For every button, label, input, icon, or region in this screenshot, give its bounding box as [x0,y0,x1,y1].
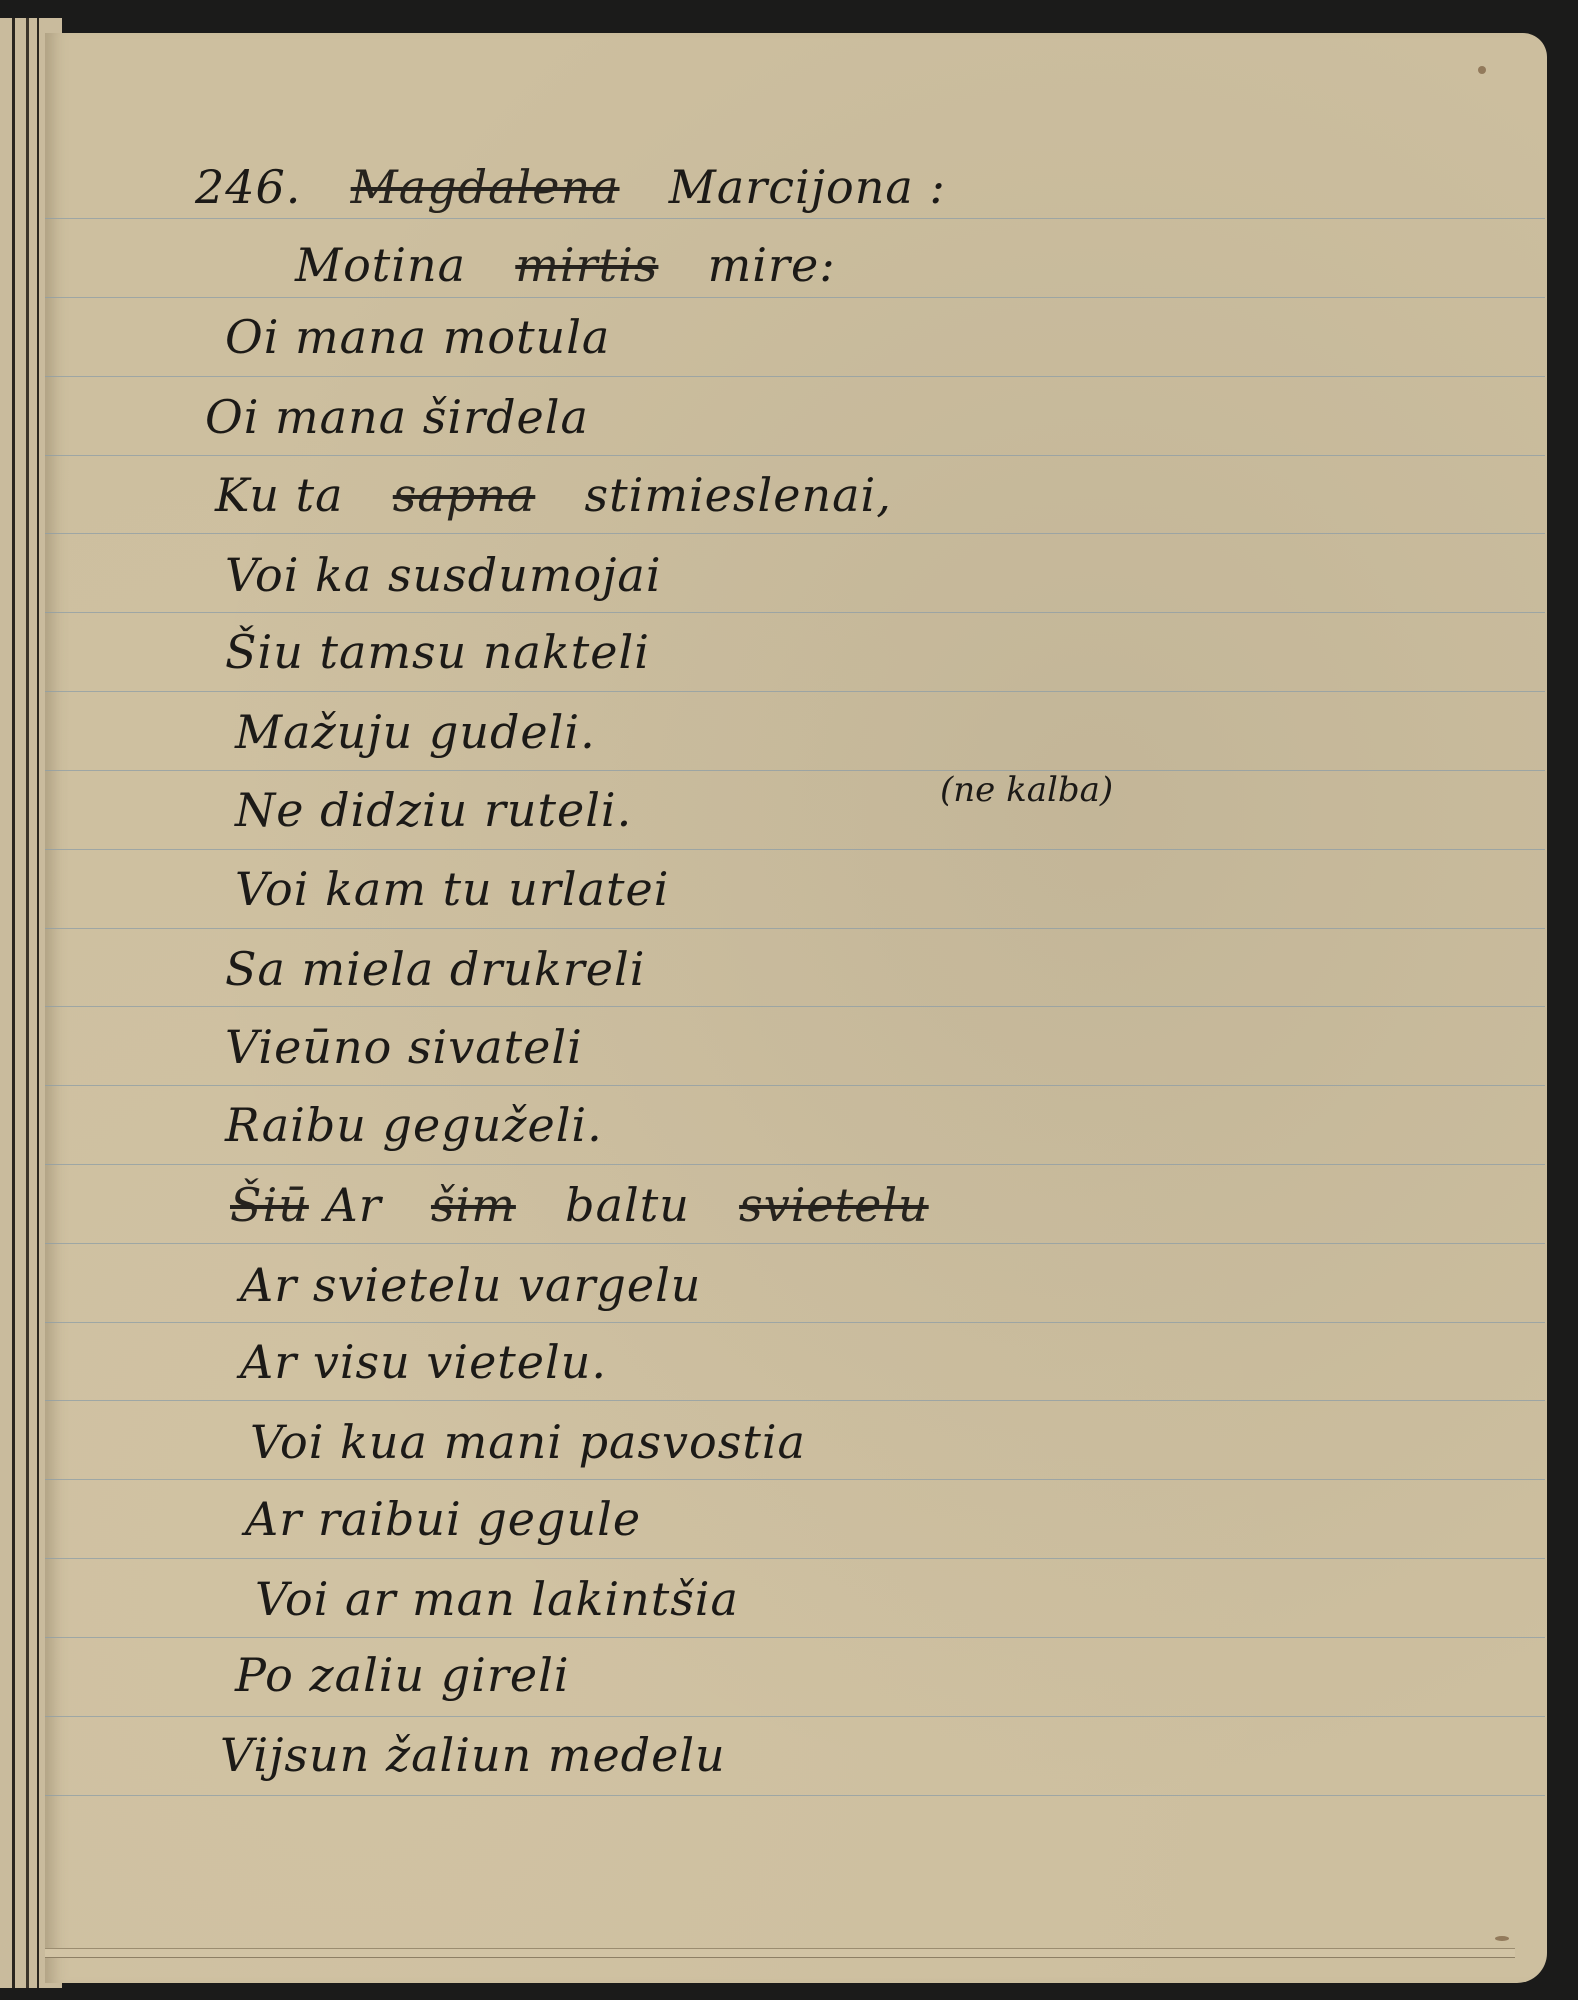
struck-word: šim [431,1178,516,1232]
struck-subtitle-word: mirtis [515,238,658,292]
ruled-line [45,1795,1545,1796]
page-edge-strip [26,18,29,1988]
verse-line: Mažuju gudeli. [235,705,596,759]
verse-line: Ar svietelu vargelu [240,1258,701,1312]
ruled-line [45,612,1545,613]
subtitle-word: mire: [708,238,836,292]
ruled-line [45,928,1545,929]
ruled-line [45,770,1545,771]
verse-line: Ku ta sapna stimieslenai, [215,468,892,522]
verse-line: Voi ar man lakintšia [255,1572,739,1626]
verse-line: Voi kua mani pasvostia [250,1415,806,1469]
paper-stain [1478,66,1486,74]
ruled-line [45,691,1545,692]
verse-line: Oi mana motula [225,310,610,364]
ruled-line [45,1558,1545,1559]
ruled-line [45,218,1545,219]
verse-word: Ku ta [215,468,344,522]
subtitle-word: Motina [295,238,466,292]
entry-heading: 246. Magdalena Marcijona : [195,160,946,214]
struck-title-word: Magdalena [351,160,620,214]
verse-word: Ar [324,1178,381,1232]
page-edge-strip [12,18,15,1988]
entry-title: Marcijona [669,160,914,214]
ruled-line [45,376,1545,377]
verse-line: Ne didziu ruteli. [235,783,632,837]
verse-line: Ar raibui gegule [245,1492,641,1546]
verse-line: Vijsun žaliun medelu [220,1728,726,1782]
ruled-line [45,1479,1545,1480]
paper-stain [1495,1936,1509,1941]
ruled-line [45,455,1545,456]
verse-line: Šiū Ar šim baltu svietelu [230,1178,929,1232]
struck-word: sapna [393,468,536,522]
entry-subtitle: Motina mirtis mire: [295,238,836,292]
verse-line: Raibu geguželi. [225,1098,603,1152]
entry-number: 246. [195,160,301,214]
ruled-line [45,1322,1545,1323]
title-punctuation: : [929,160,946,214]
verse-word: stimieslenai, [585,468,892,522]
page-edge-strip [37,18,39,1988]
struck-word: Šiū [230,1178,309,1232]
ruled-line [45,1164,1545,1165]
ruled-line [45,849,1545,850]
ruled-line [45,297,1545,298]
ruled-line [45,533,1545,534]
margin-note: (ne kalba) [940,770,1113,810]
verse-line: Ar visu vietelu. [240,1335,607,1389]
struck-word: svietelu [739,1178,929,1232]
verse-line: Voi ka susdumojai [225,548,662,602]
ruled-line [45,1085,1545,1086]
ruled-line [45,1400,1545,1401]
verse-word: baltu [565,1178,690,1232]
verse-line: Šiu tamsu nakteli [225,625,650,679]
verse-line: Sa miela drukreli [225,942,645,996]
page-bottom-edge [45,1948,1515,1958]
ruled-line [45,1006,1545,1007]
ruled-line [45,1243,1545,1244]
ruled-line [45,1637,1545,1638]
verse-line: Voi kam tu urlatei [235,862,669,916]
verse-line: Po zaliu gireli [235,1648,570,1702]
verse-line: Oi mana širdela [205,390,589,444]
ruled-line [45,1716,1545,1717]
verse-line: Vieūno sivateli [225,1020,583,1074]
